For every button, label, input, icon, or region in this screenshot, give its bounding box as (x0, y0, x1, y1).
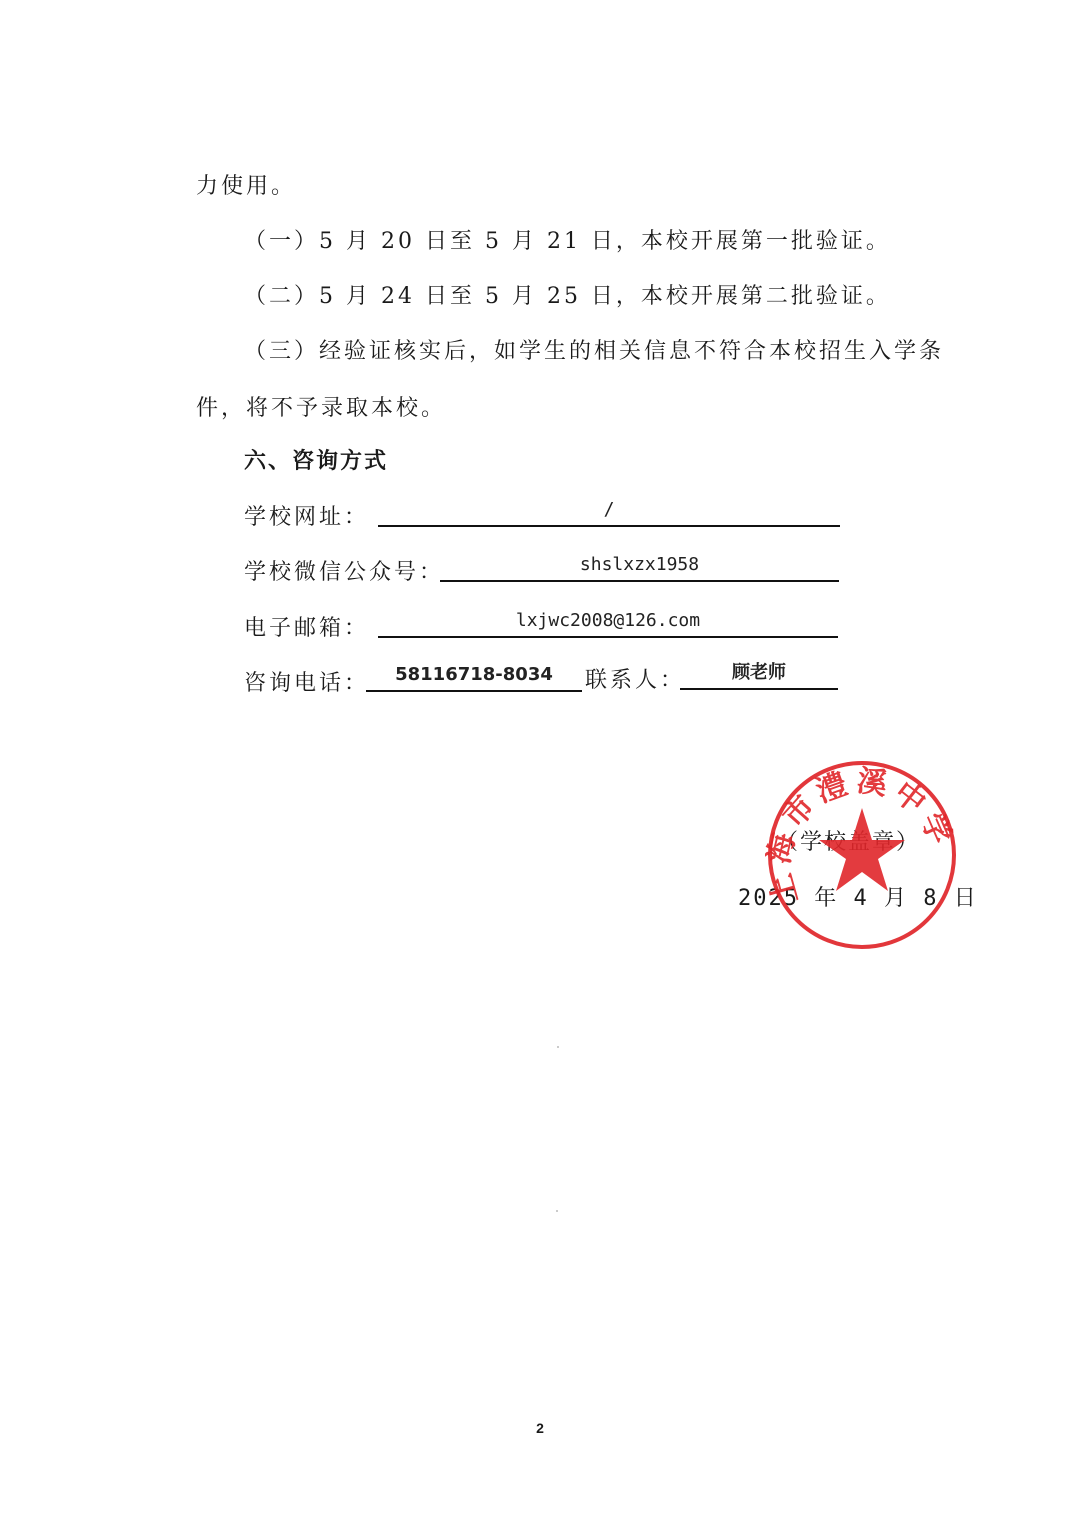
phone-label: 咨询电话： (244, 669, 369, 699)
scan-speck (556, 1210, 558, 1212)
contact-person-value: 顾老师 (732, 662, 786, 683)
section-heading: 六、咨询方式 (244, 447, 388, 477)
document-page: 力使用。 （一）5 月 20 日至 5 月 21 日，本校开展第一批验证。 （二… (0, 0, 1080, 1531)
contact-person-label: 联系人： (585, 666, 685, 696)
paragraph-continuation: 力使用。 (196, 172, 296, 202)
wechat-label: 学校微信公众号： (244, 558, 444, 588)
scan-speck (557, 1046, 559, 1048)
paragraph-item-1: （一）5 月 20 日至 5 月 21 日，本校开展第一批验证。 (244, 227, 891, 257)
paragraph-item-3: （三）经验证核实后，如学生的相关信息不符合本校招生入学条 (244, 337, 944, 367)
phone-value: 58116718-8034 (395, 664, 553, 685)
page-number: 2 (0, 1420, 1080, 1436)
email-value: lxjwc2008@126.com (516, 610, 700, 631)
paragraph-item-2: （二）5 月 24 日至 5 月 25 日，本校开展第二批验证。 (244, 282, 891, 312)
website-field: / (378, 497, 840, 527)
official-seal-icon: 上海市澧溪中学 (765, 758, 959, 952)
email-label: 电子邮箱： (244, 614, 369, 644)
website-value: / (604, 499, 615, 520)
paragraph-item-3-cont: 件，将不予录取本校。 (196, 394, 446, 424)
website-label: 学校网址： (244, 503, 369, 533)
wechat-value: shslxzx1958 (580, 554, 699, 575)
phone-field: 58116718-8034 (366, 662, 582, 692)
wechat-field: shslxzx1958 (440, 552, 839, 582)
contact-person-field: 顾老师 (680, 660, 838, 690)
email-field: lxjwc2008@126.com (378, 608, 838, 638)
